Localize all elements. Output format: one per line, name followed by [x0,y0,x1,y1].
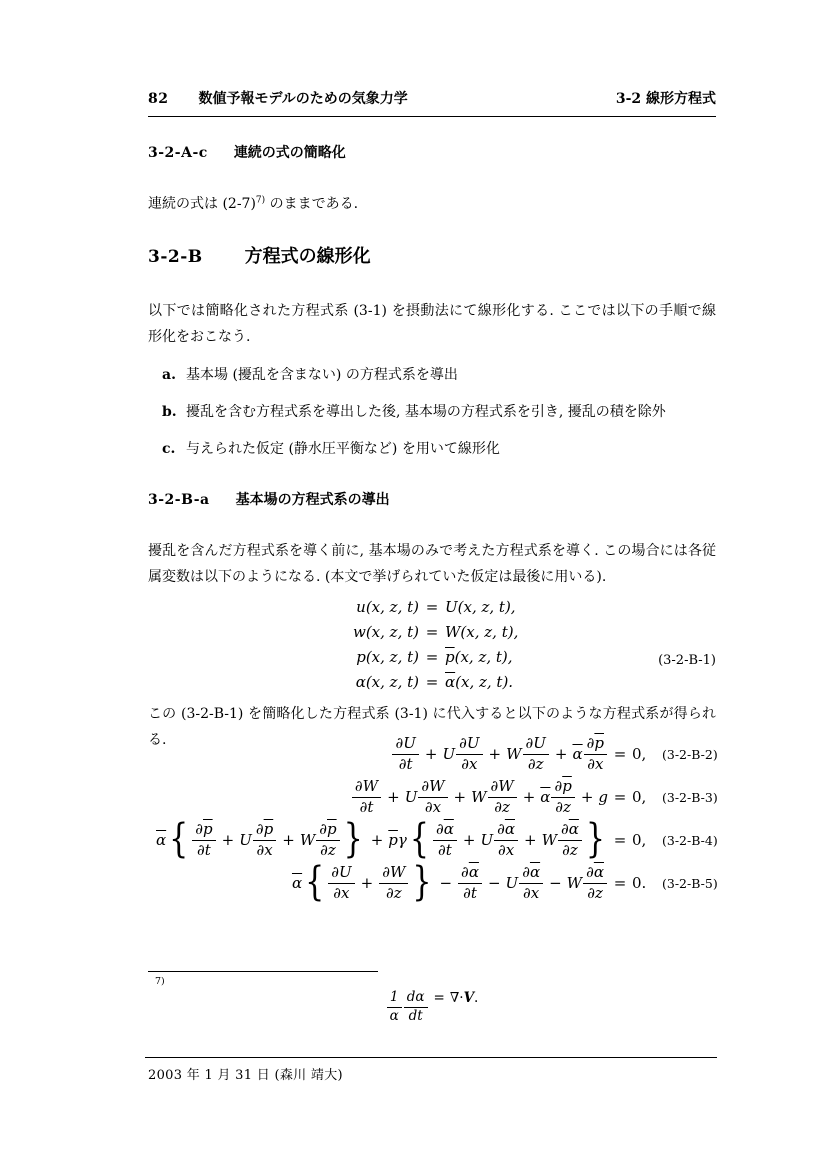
overline-variable: α [540,788,550,806]
footer-date: 2003 年 1 月 31 日 (森川 靖大) [148,1064,343,1083]
fraction: ∂p∂z [551,778,574,816]
math-text: (x, z, t). [455,673,513,691]
math-text: ∂x [333,884,349,902]
math-text: ∂W [355,777,378,795]
equation-label: (3-2-B-3) [662,790,716,805]
variable: U [239,831,252,849]
math-text: U [480,831,493,849]
fraction-denominator: ∂x [253,841,275,859]
math-text: W [471,788,486,806]
math-text: ∂U [459,734,479,752]
math-text: W [300,831,315,849]
math-text: ∂z [555,798,571,816]
footnote-reference: 7) [256,195,265,205]
operator: = [429,990,450,1024]
equation-rhs: 0, [632,788,662,806]
math-text: U [405,788,418,806]
fraction-denominator: ∂t [460,884,480,902]
ordinary-symbol: ∇· [450,990,464,1024]
overline-variable: p [562,777,572,795]
math-text: U [239,831,252,849]
fraction: ∂U∂x [456,735,482,773]
section-heading-3-2-B-a: 3-2-B-a 基本場の方程式系の導出 [148,489,716,509]
math-text: ∂t [197,841,211,859]
list-item-label: c. [162,440,186,458]
equation-rel: = [608,745,632,763]
math-text: U [442,745,455,763]
equation-rhs: 0, [632,831,662,849]
math-text: dα [407,989,425,1005]
variable: W [567,874,582,892]
operator: − [544,874,567,892]
fraction: ∂p∂z [316,821,339,859]
equation-label: (3-2-B-4) [662,833,716,848]
fraction-numerator: ∂U [523,735,549,754]
overline-variable: α [594,863,604,881]
variable: W [300,831,315,849]
math-text: ∂W [421,777,444,795]
operator: + [217,831,240,849]
section-heading-3-2-A-c: 3-2-A-c 連続の式の簡略化 [148,142,716,162]
variable: pγ [388,831,407,849]
fraction-numerator: ∂W [379,864,408,883]
math-text: ∂t [463,884,477,902]
variable: α [292,874,302,892]
math-text: ∂W [491,777,514,795]
equation-group-linearized: ∂U∂t+U∂U∂x+W∂U∂z+α∂p∂x = 0, (3-2-B-2) ∂W… [148,733,716,904]
list-item-text: 擾乱を含む方程式系を導出した後, 基本場の方程式系を引き, 擾乱の積を除外 [186,403,716,421]
operator: + [458,831,481,849]
math-text: ∂z [587,884,603,902]
fraction-numerator: 1 [387,990,402,1008]
list-item-label: a. [162,366,186,384]
fraction-numerator: ∂U [328,864,354,883]
footnote-mark: 7) [155,976,165,987]
footnote-rule [148,971,378,972]
math-text: ∂z [386,884,402,902]
overline-variable: α [292,874,302,892]
variable: W [542,831,557,849]
operator: + [484,745,507,763]
fraction-numerator: ∂α [519,864,543,883]
list-item-label: b. [162,403,186,421]
fraction-numerator: ∂α [583,864,607,883]
fraction-denominator: ∂z [317,841,339,859]
bold-variable: V [464,990,474,1024]
fraction: ∂α∂z [583,864,607,902]
overline-variable: p [264,820,274,838]
math-text: ∂ [461,863,469,881]
math-text: ∂ [561,820,569,838]
variable: p(x, z, t) [356,648,419,666]
fraction-numerator: ∂W [418,778,447,797]
equation-rel: = [608,831,632,849]
math-text: U(x, z, t), [445,598,516,616]
fraction-denominator: ∂z [491,798,513,816]
overline-variable: α [569,820,579,838]
fraction: ∂α∂x [494,821,518,859]
equation-lhs: α{∂p∂t+U∂p∂x+W∂p∂z}+pγ{∂α∂t+U∂α∂x+W∂α∂z} [148,819,608,861]
overline-variable: p [203,820,213,838]
math-text: ∂z [494,798,510,816]
fraction: ∂p∂x [584,735,607,773]
equation-label: (3-2-B-1) [658,653,716,668]
overline-variable: α [530,863,540,881]
math-text: ∂ [522,863,530,881]
fraction-numerator: ∂α [458,864,482,883]
variable: α(x, z, t). [445,673,513,691]
paragraph-linearization-intro: 以下では簡略化された方程式系 (3-1) を摂動法にて線形化する. ここでは以下… [148,298,716,350]
fraction-numerator: ∂W [352,778,381,797]
page-number: 82 [148,91,168,107]
fraction: ∂p∂x [253,821,276,859]
fraction-numerator: dα [404,990,428,1008]
equation-rel: = [419,673,445,691]
ordinary-symbol: . [474,990,478,1024]
variable: U(x, z, t), [445,598,516,616]
fraction: ∂α∂z [558,821,582,859]
variable: U [442,745,455,763]
math-text: ∂ [195,820,203,838]
math-text: γ [398,831,407,849]
variable: W [471,788,486,806]
list-item-text: 基本場 (擾乱を含まない) の方程式系を導出 [186,366,716,384]
equation-lhs: w(x, z, t) [148,623,419,641]
overline-variable: p [327,820,337,838]
operator: − [434,874,457,892]
section-title: 方程式の線形化 [245,242,371,268]
paragraph-text-before: 連続の式は (2-7) [148,196,256,212]
math-text: ∂ [319,820,327,838]
math-text: 1 [390,989,399,1005]
list-item-b: b. 擾乱を含む方程式系を導出した後, 基本場の方程式系を引き, 擾乱の積を除外 [148,403,716,421]
equation-rel: = [419,623,445,641]
fraction-numerator: ∂W [488,778,517,797]
operator: + [277,831,300,849]
math-text: W [542,831,557,849]
equation-group-basic-state: u(x, z, t) = U(x, z, t), w(x, z, t) = W(… [148,598,716,691]
equation-rel: = [608,874,632,892]
footer-rule [145,1057,717,1058]
fraction-numerator: ∂U [392,735,418,754]
list-item-a: a. 基本場 (擾乱を含まない) の方程式系を導出 [148,366,716,384]
fraction: ∂α∂t [458,864,482,902]
variable: W(x, z, t), [445,623,518,641]
equation-lhs: p(x, z, t) [148,648,419,666]
fraction-numerator: ∂U [456,735,482,754]
fraction-numerator: ∂p [192,821,215,840]
math-text: ∂ [256,820,264,838]
overline-variable: α [156,831,166,849]
list-item-text: 与えられた仮定 (静水圧平衡など) を用いて線形化 [186,440,716,458]
fraction: ∂W∂x [418,778,447,816]
fraction-denominator: α [387,1008,402,1025]
equation-rhs: U(x, z, t), [445,598,716,616]
footnote-equation: 1αdαdt=∇·V. [148,990,716,1024]
variable: w(x, z, t) [353,623,419,641]
math-text: ∂x [256,841,272,859]
operator: − [483,874,506,892]
math-text: ∂U [526,734,546,752]
overline-variable: α [572,745,582,763]
overline-variable: α [505,820,515,838]
fraction-denominator: ∂z [584,884,606,902]
fraction-denominator: ∂z [525,755,547,773]
fraction: ∂W∂z [488,778,517,816]
equation-lhs: α{∂U∂x+∂W∂z}−∂α∂t−U∂α∂x−W∂α∂z [148,862,608,904]
variable: u(x, z, t) [356,598,419,616]
fraction-denominator: ∂z [559,841,581,859]
math-text: W [567,874,582,892]
equation-lhs: α(x, z, t) [148,673,419,691]
variable: α [572,745,582,763]
fraction: ∂α∂t [433,821,457,859]
math-text: ∂t [360,798,374,816]
math-text: ∂x [461,755,477,773]
equation-rhs: α(x, z, t). [445,673,716,691]
equation-label: (3-2-B-5) [662,876,716,891]
math-text: ∂U [331,863,351,881]
math-text: dt [409,1008,423,1024]
operator: + [382,788,405,806]
math-text: ∂t [399,755,413,773]
variable: U [480,831,493,849]
overline-variable: α [469,863,479,881]
variable: p(x, z, t), [445,648,513,666]
variable: U [405,788,418,806]
fraction: ∂U∂t [392,735,418,773]
math-text: p(x, z, t) [356,648,419,666]
equation-lhs: ∂W∂t+U∂W∂x+W∂W∂z+α∂p∂z+g [148,776,608,818]
fraction: ∂U∂z [523,735,549,773]
operator: + [550,745,573,763]
math-text: ∂ [586,863,594,881]
fraction-denominator: ∂x [458,755,480,773]
math-text: U [506,874,519,892]
math-text: w(x, z, t) [353,623,419,641]
operator: + [518,788,541,806]
equation-rel: = [419,648,445,666]
fraction: 1α [387,990,402,1024]
chapter-heading: 3-2 線形方程式 [616,88,716,108]
fraction: ∂α∂x [519,864,543,902]
variable: α [540,788,550,806]
operator: + [449,788,472,806]
equation-rhs: 0. [632,874,662,892]
fraction-denominator: ∂x [520,884,542,902]
fraction-numerator: ∂p [316,821,339,840]
fraction-numerator: ∂α [494,821,518,840]
math-text: ∂z [528,755,544,773]
variable: U [506,874,519,892]
operator: + [366,831,389,849]
list-item-c: c. 与えられた仮定 (静水圧平衡など) を用いて線形化 [148,440,716,458]
overline-variable: p [594,734,604,752]
fraction-denominator: ∂x [584,755,606,773]
math-text: ∂x [498,841,514,859]
math-text: W(x, z, t), [445,623,518,641]
fraction: ∂p∂t [192,821,215,859]
fraction-denominator: ∂t [435,841,455,859]
math-text: ∂ [436,820,444,838]
overline-variable: p [388,831,398,849]
math-text: (x, z, t), [455,648,513,666]
equation-rhs: W(x, z, t), [445,623,716,641]
fraction-denominator: dt [406,1008,426,1025]
overline-variable: p [445,648,455,666]
overline-variable: α [445,673,455,691]
fraction-numerator: ∂p [253,821,276,840]
fraction: ∂U∂x [328,864,354,902]
section-number: 3-2-A-c [148,145,208,161]
math-text: ∂x [425,798,441,816]
variable: α [156,831,166,849]
fraction-numerator: ∂α [558,821,582,840]
fraction-numerator: ∂α [433,821,457,840]
section-number: 3-2-B [148,247,203,267]
equation-lhs: ∂U∂t+U∂U∂x+W∂U∂z+α∂p∂x [148,733,608,775]
section-number: 3-2-B-a [148,492,210,508]
math-text: ∂W [382,863,405,881]
equation-rhs: 0, [632,745,662,763]
math-text: ∂z [320,841,336,859]
section-title: 連続の式の簡略化 [234,142,346,162]
math-text: ∂U [395,734,415,752]
fraction-denominator: ∂t [194,841,214,859]
fraction-denominator: ∂t [396,755,416,773]
paragraph-text-after: のままである. [265,196,358,212]
fraction-denominator: ∂t [357,798,377,816]
fraction: dαdt [404,990,428,1024]
math-text: ∂ [497,820,505,838]
paragraph-basic-state-intro: 擾乱を含んだ方程式系を導く前に, 基本場のみで考えた方程式系を導く. この場合に… [148,538,716,590]
fraction-denominator: ∂x [495,841,517,859]
fraction-denominator: ∂z [552,798,574,816]
variable: W [506,745,521,763]
operator: + [519,831,542,849]
operator: + [356,874,379,892]
variable: g [598,788,608,806]
fraction-denominator: ∂x [330,884,352,902]
math-text: α(x, z, t) [356,673,419,691]
fraction: ∂W∂t [352,778,381,816]
math-text: u(x, z, t) [356,598,419,616]
fraction-denominator: ∂x [422,798,444,816]
document-page: { "header": { "page_number": "82", "book… [0,0,826,1169]
math-text: ∂x [587,755,603,773]
operator: + [576,788,599,806]
equation-label: (3-2-B-2) [662,747,716,762]
math-text: ∂x [523,884,539,902]
math-text: g [598,788,608,806]
math-text: W [506,745,521,763]
section-title: 基本場の方程式系の導出 [236,489,390,509]
fraction-numerator: ∂p [584,735,607,754]
fraction-numerator: ∂p [551,778,574,797]
page-header: 82 数値予報モデルのための気象力学 3-2 線形方程式 [148,88,716,117]
equation-rel: = [419,598,445,616]
equation-rel: = [608,788,632,806]
operator: + [420,745,443,763]
equation-lhs: u(x, z, t) [148,598,419,616]
variable: α(x, z, t) [356,673,419,691]
book-title: 数値予報モデルのための気象力学 [198,88,615,108]
paragraph-continuity: 連続の式は (2-7)7) のままである. [148,191,716,217]
fraction: ∂W∂z [379,864,408,902]
math-text: ∂t [438,841,452,859]
overline-variable: α [444,820,454,838]
fraction-denominator: ∂z [383,884,405,902]
math-text: ∂z [562,841,578,859]
math-text: α [390,1008,399,1024]
section-heading-3-2-B: 3-2-B 方程式の線形化 [148,242,716,268]
